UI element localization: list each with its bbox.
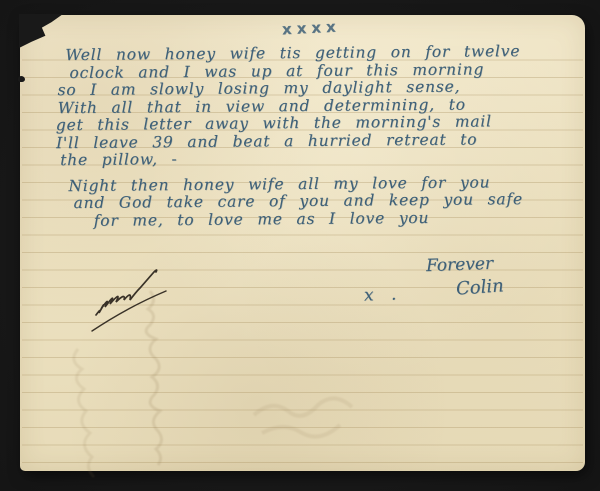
censor-scribble-mark [88,259,203,341]
letter-line: for me, to love me as I love you [94,208,557,230]
kiss-mark: x . [364,284,403,305]
torn-corner [19,14,63,48]
letter-page: xxxx Well now honey wife tis getting on … [20,15,585,471]
punch-hole [18,76,25,82]
letter-line: the pillow, - [60,148,556,170]
scan-background: xxxx Well now honey wife tis getting on … [0,0,600,491]
letter-body: Well now honey wife tis getting on for t… [55,43,557,230]
valediction: Forever [426,254,494,276]
kisses-row: xxxx [282,17,342,38]
ink-bleedthrough-smudge [248,375,358,445]
ink-bleedthrough-trail [56,345,96,485]
signature: Colin [455,275,504,299]
